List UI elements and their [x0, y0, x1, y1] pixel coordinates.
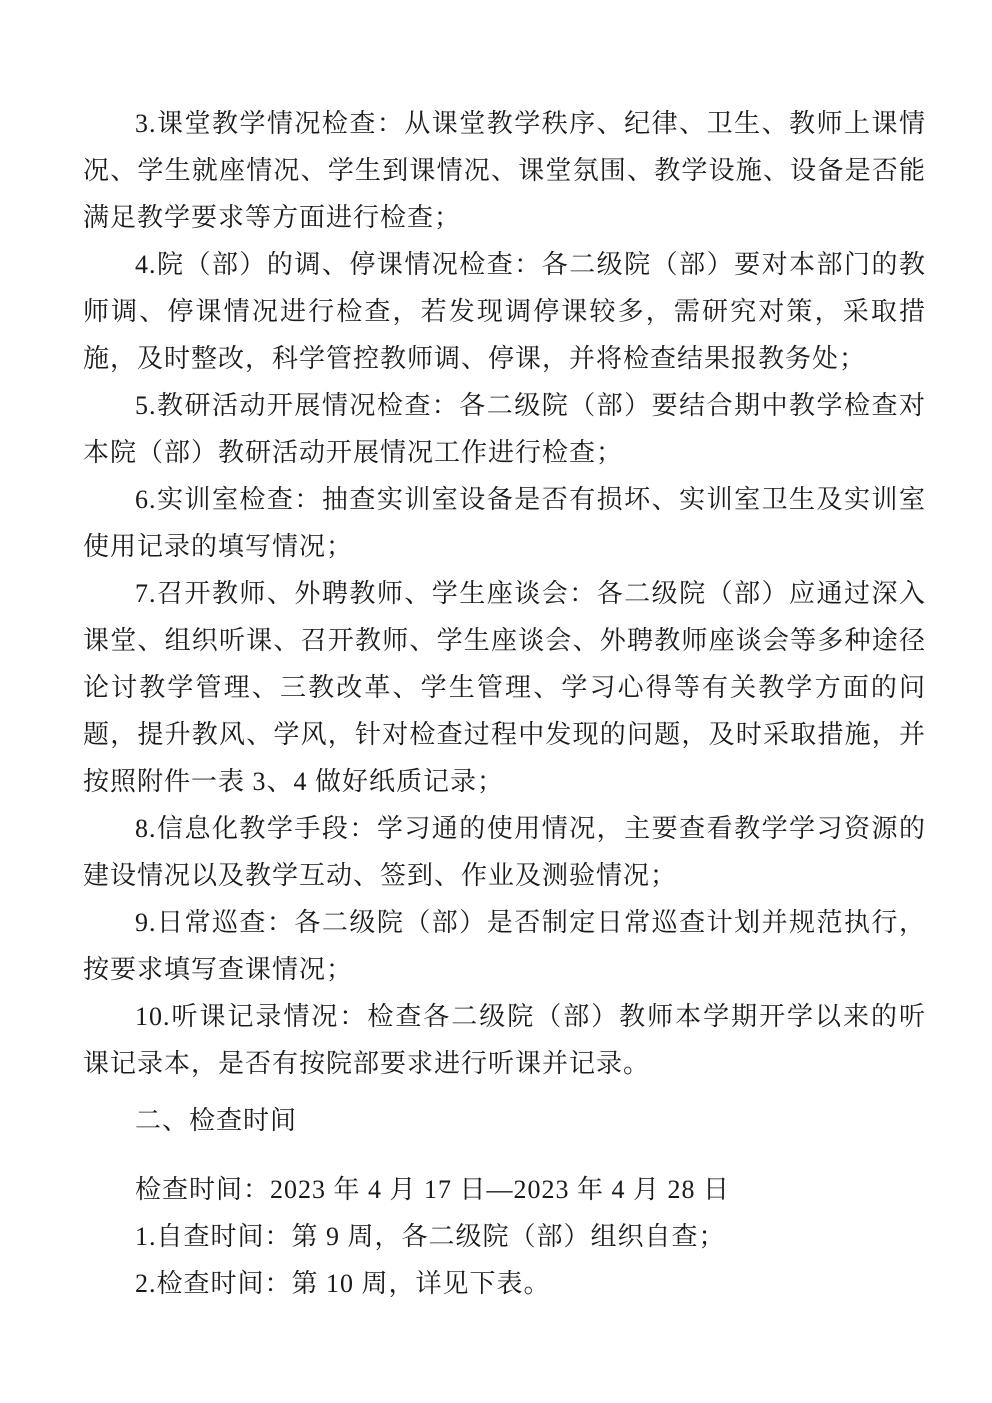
check-time-line: 2.检查时间：第 10 周，详见下表。 [83, 1260, 926, 1307]
paragraph-item-4: 4.院（部）的调、停课情况检查：各二级院（部）要对本部门的教师调、停课情况进行检… [83, 241, 926, 382]
inspection-time-range-line: 检查时间：2023 年 4 月 17 日—2023 年 4 月 28 日 [83, 1166, 926, 1213]
paragraph-item-3: 3.课堂教学情况检查：从课堂教学秩序、纪律、卫生、教师上课情况、学生就座情况、学… [83, 100, 926, 241]
paragraph-item-7: 7.召开教师、外聘教师、学生座谈会：各二级院（部）应通过深入课堂、组织听课、召开… [83, 570, 926, 805]
self-check-time-line: 1.自查时间：第 9 周，各二级院（部）组织自查； [83, 1213, 926, 1260]
paragraph-item-5: 5.教研活动开展情况检查：各二级院（部）要结合期中教学检查对本院（部）教研活动开… [83, 382, 926, 476]
document-content: 3.课堂教学情况检查：从课堂教学秩序、纪律、卫生、教师上课情况、学生就座情况、学… [83, 100, 926, 1307]
document-page: 3.课堂教学情况检查：从课堂教学秩序、纪律、卫生、教师上课情况、学生就座情况、学… [0, 0, 992, 1403]
paragraph-item-10: 10.听课记录情况：检查各二级院（部）教师本学期开学以来的听课记录本，是否有按院… [83, 993, 926, 1087]
paragraph-item-6: 6.实训室检查：抽查实训室设备是否有损坏、实训室卫生及实训室使用记录的填写情况； [83, 476, 926, 570]
paragraph-item-9: 9.日常巡查：各二级院（部）是否制定日常巡查计划并规范执行，按要求填写查课情况； [83, 899, 926, 993]
section-heading-inspection-time: 二、检查时间 [83, 1097, 926, 1144]
paragraph-item-8: 8.信息化教学手段：学习通的使用情况，主要查看教学学习资源的建设情况以及教学互动… [83, 805, 926, 899]
